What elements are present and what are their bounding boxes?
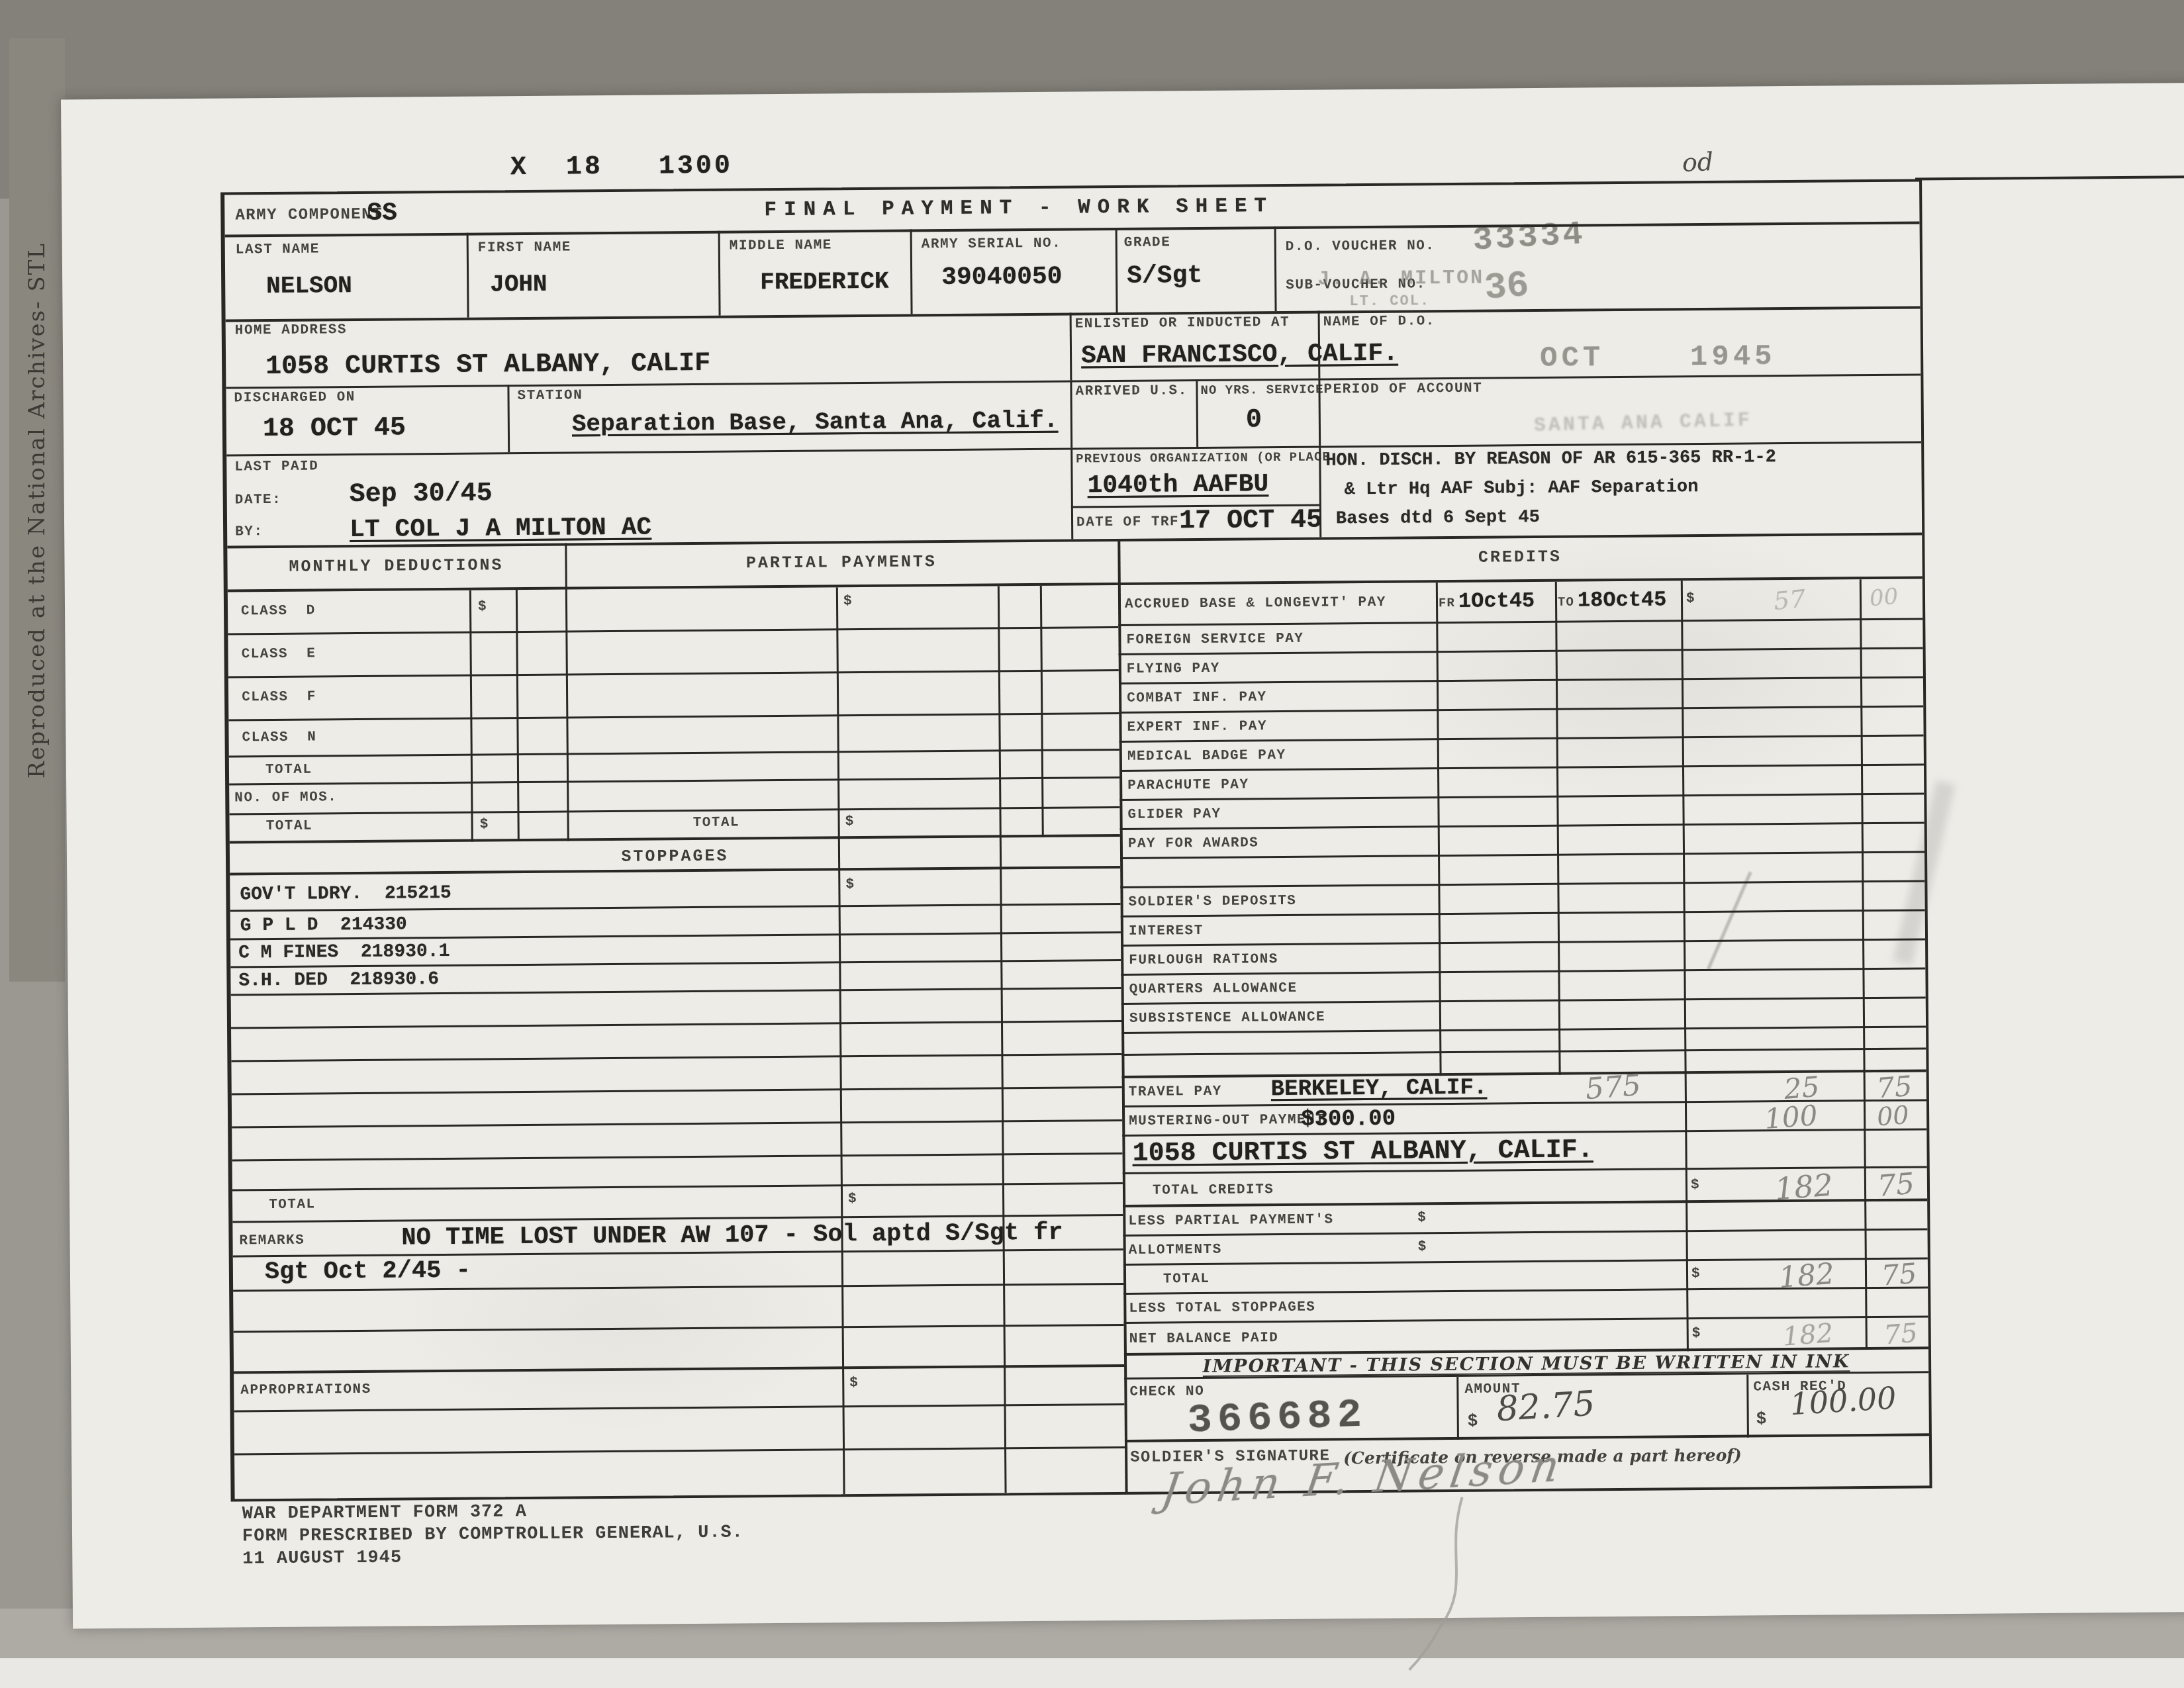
fr-date-value: 1Oct45	[1458, 588, 1535, 614]
dollar-sign: $	[848, 1192, 857, 1207]
grid-vline	[1070, 312, 1072, 380]
last-paid-by-value: LT COL J A MILTON AC	[350, 513, 651, 544]
pay-type-label: GLIDER PAY	[1127, 807, 1221, 823]
form-date: 11 AUGUST 1945	[242, 1548, 402, 1569]
blank-row	[234, 1405, 1125, 1456]
final-payment-worksheet-form: ARMY COMPONENT: SS FINAL PAYMENT - WORK …	[220, 179, 1932, 1501]
blank-row	[234, 1448, 1125, 1499]
dollar-sign: $	[849, 1376, 859, 1391]
partial-payments-header: PARTIAL PAYMENTS	[565, 551, 1117, 575]
top-rule-extension	[1915, 175, 2184, 180]
serial-number-label: ARMY SERIAL NO.	[922, 236, 1062, 253]
grid-vline	[1196, 379, 1198, 447]
cash-received-ink-value: 100.00	[1789, 1380, 1897, 1423]
dollar-sign: $	[1691, 1178, 1700, 1193]
pay-type-label: FOREIGN SERVICE PAY	[1126, 632, 1304, 648]
payee-address: 1058 CURTIS ST ALBANY, CALIF.	[1132, 1135, 1593, 1168]
middle-name-label: MIDDLE NAME	[730, 238, 832, 254]
grid-vline	[718, 231, 721, 316]
total-label: TOTAL	[266, 819, 313, 835]
pay-type-label: FLYING PAY	[1127, 661, 1220, 677]
period-of-account-label: PERIOD OF ACCOUNT	[1323, 381, 1482, 398]
allowance-label: INTEREST	[1129, 923, 1204, 939]
last-paid-label: LAST PAID	[234, 459, 318, 475]
total-cents-pencil: 75	[1880, 1257, 1918, 1292]
grid-vline	[1116, 228, 1118, 312]
previous-organization-label: PREVIOUS ORGANIZATION (OR PLACE	[1076, 449, 1331, 466]
pay-type-label: EXPERT INF. PAY	[1127, 719, 1267, 735]
signature-row: SOLDIER'S SIGNATURE (Certificate on reve…	[1125, 1436, 1930, 1492]
dollar-sign: $	[1468, 1411, 1479, 1431]
dollar-sign: $	[1756, 1409, 1768, 1429]
date-of-trf-label: DATE OF TRF	[1076, 514, 1179, 530]
grid-vline	[1318, 311, 1321, 379]
dollar-sign: $	[1418, 1239, 1427, 1254]
allowance-label: SUBSISTENCE ALLOWANCE	[1129, 1010, 1325, 1027]
dollar-sign: $	[1417, 1210, 1427, 1225]
net-amount-pencil: 182	[1781, 1318, 1834, 1352]
deductions-stoppages-section: MONTHLY DEDUCTIONS PARTIAL PAYMENTS CLAS…	[227, 539, 1125, 1499]
handwritten-od-mark: od	[1682, 147, 1714, 177]
name-of-do-label: NAME OF D.O.	[1323, 314, 1435, 330]
pay-type-label: MEDICAL BADGE PAY	[1127, 748, 1286, 765]
home-address-value: 1058 CURTIS ST ALBANY, CALIF	[265, 349, 710, 382]
net-balance-label: NET BALANCE PAID	[1129, 1331, 1279, 1347]
allowance-label: SOLDIER'S DEPOSITS	[1128, 894, 1296, 910]
travel-destination: BERKELEY, CALIF.	[1271, 1076, 1488, 1103]
archives-margin-strip: Reproduced at the National Archives- STL	[9, 38, 65, 982]
do-date-stamp: OCT 1945	[1540, 340, 1776, 375]
travel-pay-label: TRAVEL PAY	[1129, 1084, 1222, 1100]
sub-voucher-number-stamp: 36	[1483, 264, 1531, 310]
previous-organization-value: 1040th AAFBU	[1087, 470, 1268, 500]
form-number: WAR DEPARTMENT FORM 372 A	[242, 1502, 527, 1524]
monthly-deductions-header: MONTHLY DEDUCTIONS	[227, 555, 565, 577]
credits-section: CREDITS ACCRUED BASE & LONGEVIT' PAY FR …	[1117, 532, 1929, 1491]
grid-vline	[507, 385, 510, 452]
accrued-pay-label: ACCRUED BASE & LONGEVIT' PAY	[1125, 595, 1386, 612]
last-name-value: NELSON	[266, 272, 352, 300]
dollar-sign: $	[478, 599, 487, 614]
grid-vline	[1070, 447, 1073, 539]
mustering-amount-pencil: 100	[1763, 1099, 1819, 1135]
grid-hline	[226, 306, 1921, 322]
grid-hline	[225, 221, 1920, 237]
class-d-label: CLASS D	[241, 603, 316, 619]
remarks-label: REMARKS	[239, 1233, 305, 1249]
dollar-sign: $	[480, 817, 489, 832]
grade-value: S/Sgt	[1127, 261, 1202, 291]
period-of-account-stamp: SANTA ANA CALIF	[1534, 410, 1753, 438]
enlisted-at-label: ENLISTED OR INDUCTED AT	[1075, 315, 1290, 332]
pay-type-label: PAY FOR AWARDS	[1128, 835, 1259, 852]
dollar-sign: $	[1686, 591, 1695, 606]
fr-label: FR	[1439, 596, 1455, 610]
officer-name-stamp: J. A. MILTON	[1317, 267, 1484, 291]
accrued-amount-pencil: 57	[1772, 584, 1807, 616]
first-name-value: JOHN	[490, 271, 547, 299]
payee-address-row: 1058 CURTIS ST ALBANY, CALIF.	[1122, 1130, 1926, 1174]
last-name-label: LAST NAME	[236, 242, 320, 258]
station-value: Separation Base, Santa Ana, Calif.	[572, 407, 1059, 438]
grid-vline	[467, 233, 469, 318]
to-date-value: 18Oct45	[1578, 587, 1667, 612]
discharged-on-value: 18 OCT 45	[263, 413, 406, 444]
dollar-sign: $	[845, 877, 855, 892]
remarks-text-line2: Sgt Oct 2/45 -	[265, 1257, 471, 1286]
credits-header: CREDITS	[1117, 544, 1922, 570]
stoppage-sh-ded: S.H. DED 218930.6	[238, 969, 439, 991]
total-label: TOTAL	[1163, 1272, 1210, 1288]
discharge-reason-line3: Bases dtd 6 Sept 45	[1336, 508, 1540, 529]
dollar-sign: $	[843, 594, 853, 609]
officer-rank-stamp: LT. COL.	[1349, 293, 1430, 310]
years-service-label: NO YRS. SERVICE	[1200, 383, 1323, 398]
grid-vline	[1274, 226, 1277, 311]
less-total-stoppages-label: LESS TOTAL STOPPAGES	[1129, 1300, 1315, 1317]
class-f-row: CLASS F	[228, 671, 1119, 722]
total-credits-cents-pencil: 75	[1876, 1167, 1916, 1203]
total-label: TOTAL	[265, 763, 312, 778]
voucher-number-stamp: 33334	[1472, 216, 1586, 260]
partial-payments-total-label: TOTAL	[693, 815, 740, 831]
allotments-label: ALLOTMENTS	[1129, 1243, 1222, 1258]
arrived-us-label: ARRIVED U.S.	[1075, 383, 1187, 399]
class-d-row: CLASS D $ $	[228, 585, 1118, 635]
blank-row	[233, 1285, 1123, 1333]
stoppages-header: STOPPAGES	[230, 843, 1120, 870]
check-payment-row: CHECK NO 366682 AMOUNT $ 82.75 CASH REC'…	[1124, 1373, 1929, 1442]
last-paid-date-value: Sep 30/45	[350, 479, 493, 510]
accrued-pay-row: ACCRUED BASE & LONGEVIT' PAY FR 1Oct45 T…	[1118, 579, 1923, 626]
stoppage-cm-fines: C M FINES 218930.1	[238, 941, 450, 964]
total-credits-amount-pencil: 182	[1774, 1167, 1834, 1207]
no-of-mos-label: NO. OF MOS.	[234, 790, 337, 806]
less-partial-payments-label: LESS PARTIAL PAYMENT'S	[1128, 1212, 1333, 1229]
first-name-label: FIRST NAME	[478, 240, 571, 256]
remarks-text-line1: NO TIME LOST UNDER AW 107 - Sol aptd S/S…	[401, 1219, 1063, 1252]
total-credits-label: TOTAL CREDITS	[1153, 1182, 1274, 1198]
enlisted-at-value: SAN FRANCISCO, CALIF.	[1081, 340, 1398, 371]
stoppage-govt-laundry: GOV'T LDRY. 215215	[240, 883, 451, 906]
appropriations-row: APPROPRIATIONS $	[234, 1367, 1124, 1413]
army-component-value: SS	[367, 199, 397, 227]
appropriations-label: APPROPRIATIONS	[240, 1382, 371, 1399]
class-n-label: CLASS N	[242, 729, 316, 745]
scanner-background-bottom-light	[0, 1658, 2184, 1688]
last-paid-by-label: BY:	[235, 524, 263, 539]
home-address-label: HOME ADDRESS	[235, 322, 347, 338]
mustering-cents-pencil: 00	[1876, 1100, 1911, 1132]
discharge-reason-line2: & Ltr Hq AAF Subj: AAF Separation	[1345, 477, 1699, 500]
dollar-sign: $	[1692, 1326, 1701, 1341]
form-title: FINAL PAYMENT - WORK SHEET	[622, 193, 1416, 222]
mustering-out-label: MUSTERING-OUT PAYMENT	[1129, 1113, 1325, 1129]
years-service-value: 0	[1246, 405, 1262, 435]
total-label: TOTAL	[269, 1197, 316, 1213]
scanned-document-page: { "colors": { "paper": "#edece7", "line"…	[0, 0, 2184, 1688]
discharged-on-label: DISCHARGED ON	[234, 390, 356, 406]
pay-type-label: COMBAT INF. PAY	[1127, 690, 1267, 706]
discharge-reason-line1: HON. DISCH. BY REASON OF AR 615-365 RR-1…	[1325, 447, 1776, 471]
mustering-out-value: $300.00	[1301, 1107, 1396, 1133]
date-of-trf-value: 17 OCT 45	[1179, 506, 1322, 537]
accrued-cents-pencil: 00	[1868, 583, 1899, 612]
grid-vline	[910, 229, 913, 314]
amount-ink-value: 82.75	[1496, 1383, 1596, 1429]
typed-code-annotation: X 18 1300	[510, 152, 733, 183]
station-label: STATION	[517, 388, 583, 404]
travel-cents-pencil: 75	[1875, 1070, 1913, 1105]
class-f-label: CLASS F	[242, 689, 316, 705]
blank-row	[234, 1326, 1124, 1374]
class-e-row: CLASS E	[228, 628, 1118, 679]
form-prescribed-by: FORM PRESCRIBED BY COMPTROLLER GENERAL, …	[242, 1523, 743, 1546]
archives-label: Reproduced at the National Archives- STL	[24, 242, 50, 778]
serial-number-value: 39040050	[941, 263, 1063, 292]
grade-label: GRADE	[1124, 235, 1171, 251]
to-label: TO	[1558, 595, 1574, 610]
allowance-label: QUARTERS ALLOWANCE	[1129, 981, 1298, 998]
class-e-label: CLASS E	[242, 646, 316, 662]
middle-name-value: FREDERICK	[760, 268, 889, 297]
net-cents-pencil: 75	[1883, 1318, 1919, 1351]
dollar-sign: $	[845, 814, 855, 829]
last-paid-date-label: DATE:	[235, 492, 282, 508]
do-voucher-label: D.O. VOUCHER NO.	[1286, 238, 1435, 255]
grid-vline	[1070, 380, 1072, 447]
travel-miles-pencil: 575	[1584, 1068, 1642, 1106]
pencil-mark	[1403, 1491, 1517, 1677]
dollar-sign: $	[1691, 1266, 1701, 1282]
stoppage-gpld: G P L D 214330	[240, 914, 407, 936]
allowance-label: FURLOUGH RATIONS	[1129, 952, 1278, 968]
scanned-paper: X 18 1300 od WAR DEPARTMENT FORM 372 A F…	[61, 82, 2184, 1628]
check-number-stamp: 366682	[1187, 1391, 1368, 1444]
pay-type-label: PARACHUTE PAY	[1127, 777, 1249, 793]
